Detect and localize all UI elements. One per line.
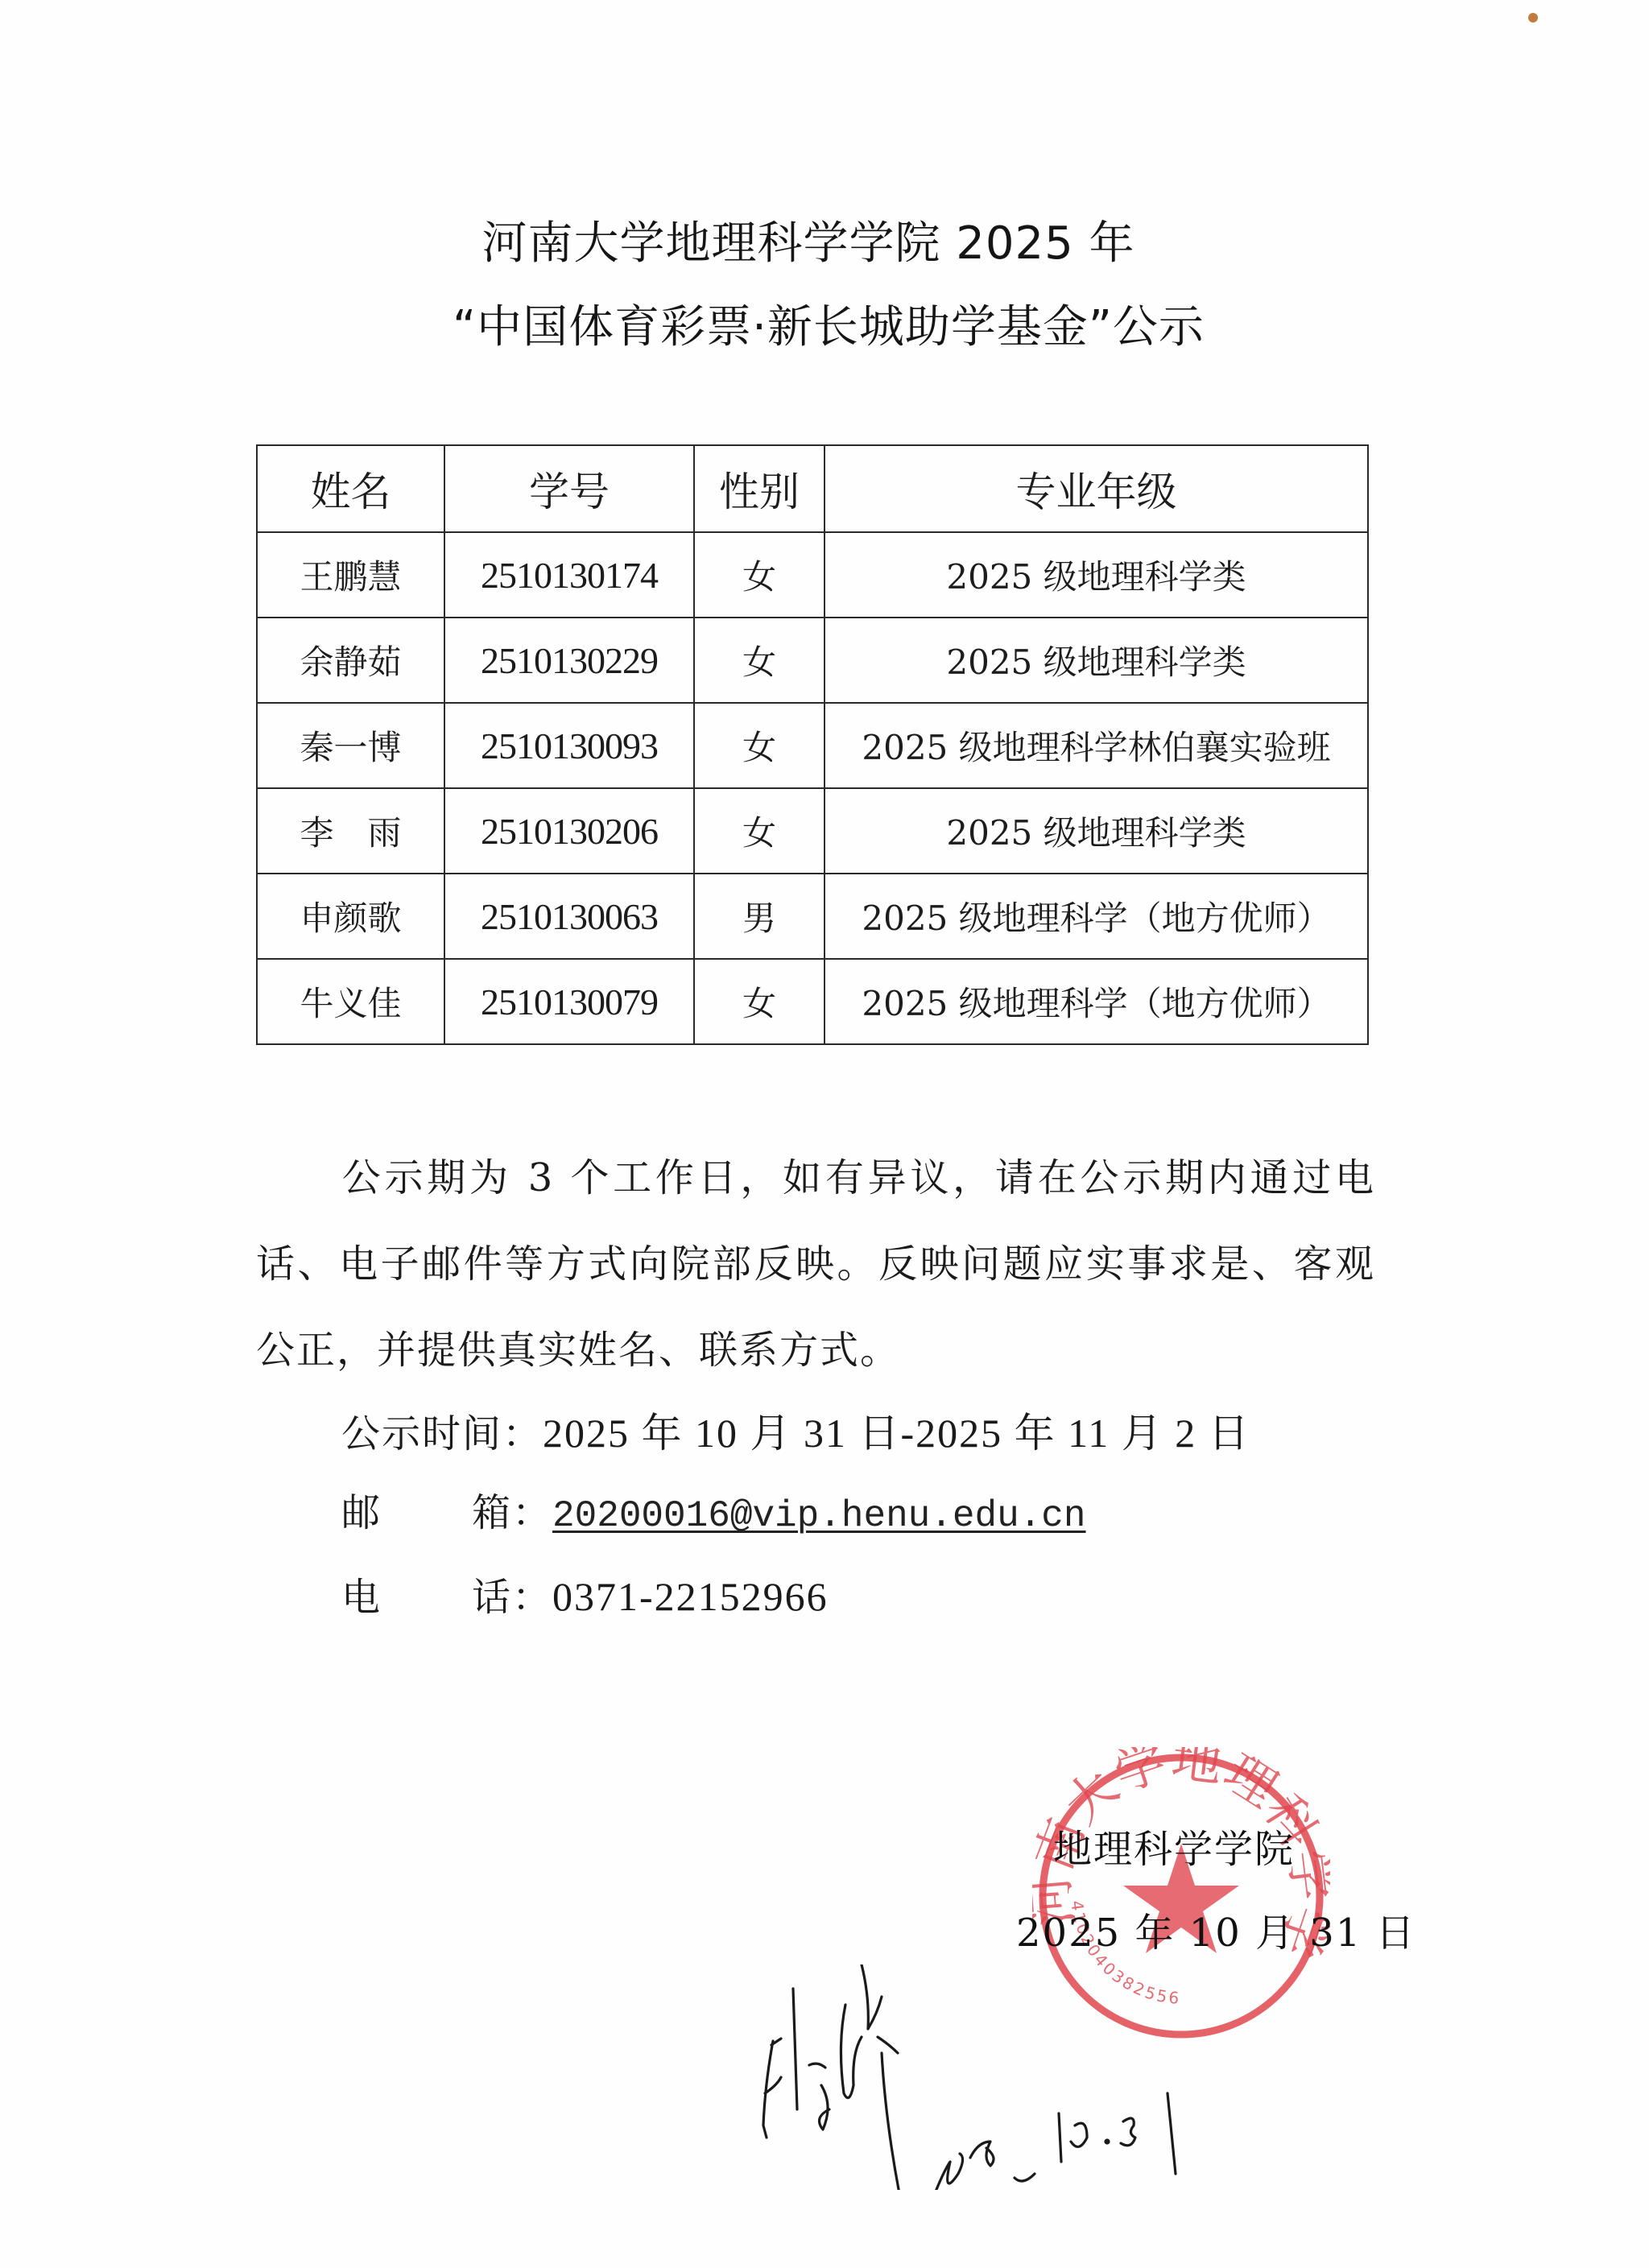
cell-student-id: 2510130174 — [444, 532, 694, 618]
header-major: 专业年级 — [824, 445, 1368, 532]
cell-major: 2025 级地理科学（地方优师） — [824, 959, 1368, 1044]
cell-major: 2025 级地理科学林伯襄实验班 — [824, 703, 1368, 788]
phone-label-part-2: 话： — [472, 1566, 552, 1621]
signoff-date: 2025 年 10 月 31 日 — [1016, 1902, 1416, 1957]
header-gender: 性别 — [694, 445, 824, 532]
title-line-1: 河南大学地理科学学院 2025 年 — [0, 208, 1633, 272]
cell-gender: 女 — [694, 703, 824, 788]
notice-page: 河南大学地理科学学院 2025 年 “中国体育彩票·新长城助学基金”公示 姓名 … — [0, 0, 1649, 2268]
period-label: 公示时间： — [341, 1411, 543, 1456]
cell-student-id: 2510130229 — [444, 618, 694, 703]
cell-major: 2025 级地理科学（地方优师） — [824, 874, 1368, 959]
cell-name: 王鹏慧 — [257, 532, 444, 618]
email-label-part-2: 箱： — [472, 1481, 552, 1537]
cell-gender: 女 — [694, 618, 824, 703]
cell-major: 2025 级地理科学类 — [824, 532, 1368, 618]
table-row: 王鹏慧 2510130174 女 2025 级地理科学类 — [257, 532, 1368, 618]
phone-line: 电 话： 0371-22152966 — [341, 1566, 829, 1621]
cell-gender: 女 — [694, 788, 824, 874]
table-row: 牛义佳 2510130079 女 2025 级地理科学（地方优师） — [257, 959, 1368, 1044]
cell-student-id: 2510130206 — [444, 788, 694, 874]
table-header-row: 姓名 学号 性别 专业年级 — [257, 445, 1368, 532]
cell-major: 2025 级地理科学类 — [824, 788, 1368, 874]
email-line: 邮 箱： 20200016@vip.henu.edu.cn — [341, 1481, 1086, 1537]
email-label-part-1: 邮 — [341, 1481, 382, 1537]
cell-gender: 男 — [694, 874, 824, 959]
cell-name: 牛义佳 — [257, 959, 444, 1044]
phone-value: 0371-22152966 — [552, 1574, 829, 1619]
title-line-2: “中国体育彩票·新长城助学基金”公示 — [4, 291, 1649, 356]
email-label: 邮 箱： — [341, 1481, 552, 1537]
phone-label: 电 话： — [341, 1566, 552, 1621]
table-row: 申颜歌 2510130063 男 2025 级地理科学（地方优师） — [257, 874, 1368, 959]
table-row: 秦一博 2510130093 女 2025 级地理科学林伯襄实验班 — [257, 703, 1368, 788]
recipient-table: 姓名 学号 性别 专业年级 王鹏慧 2510130174 女 2025 级地理科… — [256, 444, 1369, 1045]
handwritten-signature-icon: 2025.10.31 — [749, 1964, 1264, 2190]
cell-name: 申颜歌 — [257, 874, 444, 959]
cell-name: 李 雨 — [257, 788, 444, 874]
table-row: 余静茹 2510130229 女 2025 级地理科学类 — [257, 618, 1368, 703]
period-value: 2025 年 10 月 31 日-2025 年 11 月 2 日 — [543, 1411, 1250, 1456]
period-line: 公示时间：2025 年 10 月 31 日-2025 年 11 月 2 日 — [341, 1401, 1250, 1459]
cell-student-id: 2510130093 — [444, 703, 694, 788]
table-row: 李 雨 2510130206 女 2025 级地理科学类 — [257, 788, 1368, 874]
cell-student-id: 2510130063 — [444, 874, 694, 959]
email-link[interactable]: 20200016@vip.henu.edu.cn — [552, 1495, 1086, 1537]
header-name: 姓名 — [257, 445, 444, 532]
cell-name: 秦一博 — [257, 703, 444, 788]
cell-student-id: 2510130079 — [444, 959, 694, 1044]
cell-major: 2025 级地理科学类 — [824, 618, 1368, 703]
cell-name: 余静茹 — [257, 618, 444, 703]
cell-gender: 女 — [694, 959, 824, 1044]
signoff-organization: 地理科学学院 — [1053, 1818, 1295, 1873]
notice-paragraph-text: 公示期为 3 个工作日，如有异议，请在公示期内通过电话、电子邮件等方式向院部反映… — [256, 1155, 1375, 1373]
phone-label-part-1: 电 — [341, 1566, 382, 1621]
notice-paragraph: 公示期为 3 个工作日，如有异议，请在公示期内通过电话、电子邮件等方式向院部反映… — [256, 1135, 1375, 1394]
handwritten-date: 2025.10.31 — [749, 1964, 754, 1965]
header-student-id: 学号 — [444, 445, 694, 532]
cell-gender: 女 — [694, 532, 824, 618]
scan-speck — [1528, 13, 1538, 23]
